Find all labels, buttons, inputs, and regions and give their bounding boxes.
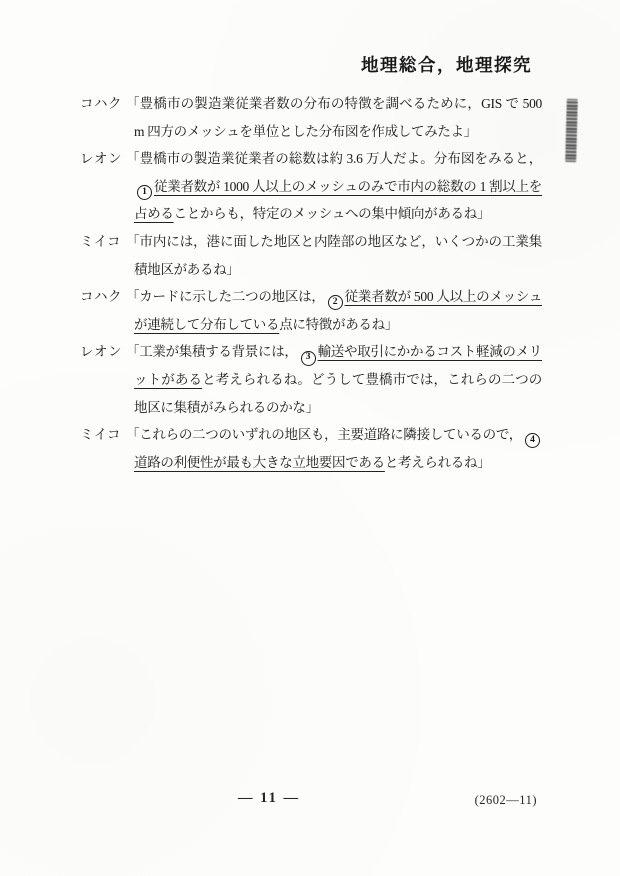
dialogue-text: 「豊橋市の製造業従業者の総数は約 3.6 万人だよ。分布図をみると，1従業者数が… [126,145,542,228]
dialogue-segment: 「これらの二つのいずれの地区も，主要道路に隣接しているので， [126,427,522,442]
speaker-name: コハク [80,90,126,118]
page-number: — 11 — [238,790,300,807]
dialogue-segment: 「豊橋市の製造業従業者の総数は約 3.6 万人だよ。分布図をみると， [126,151,542,166]
dialogue-segment: と考えられるね」 [385,455,491,470]
circled-number: 1 [137,185,152,200]
dialogue-entry: レオン 「工業が集積する背景には，3輸送や取引にかかるコスト軽減のメリットがある… [80,338,542,421]
circled-number: 4 [525,433,540,448]
dialogue-segment: 点に特徴があるね」 [279,317,398,332]
speaker-name: コハク [80,283,126,311]
dialogue-segment: 「カードに示した二つの地区は， [126,289,325,304]
page-title: 地理総合，地理探究 [361,52,532,77]
speaker-name: レオン [80,338,126,366]
dialogue-segment: 「工業が集積する背景には， [126,344,298,359]
dialogue-text: 「カードに示した二つの地区は，2従業者数が 500 人以上のメッシュが連続して分… [126,283,542,338]
dialogue-segment: 「豊橋市の製造業従業者数の分布の特徴を調べるために，GIS で 500 m 四方… [126,96,542,139]
booklet-code: (2602—11) [475,793,537,808]
circled-number: 2 [328,295,343,310]
dialogue-entry: ミイコ 「これらの二つのいずれの地区も，主要道路に隣接しているので，4道路の利便… [80,421,542,476]
dialogue-text: 「市内には，港に面した地区と内陸部の地区など，いくつかの工業集積地区があるね」 [126,228,542,283]
dialogue-text: 「これらの二つのいずれの地区も，主要道路に隣接しているので，4道路の利便性が最も… [126,421,542,476]
dialogue-text: 「豊橋市の製造業従業者数の分布の特徴を調べるために，GIS で 500 m 四方… [126,90,542,145]
ink-stamp-artifact [565,99,578,162]
dialogue-segment: ことからも，特定のメッシュへの集中傾向があるね」 [174,206,491,221]
dialogue-entry: レオン 「豊橋市の製造業従業者の総数は約 3.6 万人だよ。分布図をみると，1従… [80,145,542,228]
underlined-phrase: 道路の利便性が最も大きな立地要因である [134,455,385,470]
circled-number: 3 [301,351,316,366]
speaker-name: レオン [80,145,126,173]
speaker-name: ミイコ [80,228,126,256]
dialogue-entry: コハク 「カードに示した二つの地区は，2従業者数が 500 人以上のメッシュが連… [80,283,542,338]
dialogue-text: 「工業が集積する背景には，3輸送や取引にかかるコスト軽減のメリットがあると考えら… [126,338,542,421]
dialogue-entry: コハク 「豊橋市の製造業従業者数の分布の特徴を調べるために，GIS で 500 … [80,90,542,145]
dialogue-entry: ミイコ 「市内には，港に面した地区と内陸部の地区など，いくつかの工業集積地区があ… [80,228,542,283]
dialogue-block: コハク 「豊橋市の製造業従業者数の分布の特徴を調べるために，GIS で 500 … [80,90,542,476]
dialogue-segment: 「市内には，港に面した地区と内陸部の地区など，いくつかの工業集積地区があるね」 [126,234,542,277]
exam-page: 地理総合，地理探究 コハク 「豊橋市の製造業従業者数の分布の特徴を調べるために，… [0,0,620,876]
speaker-name: ミイコ [80,421,126,449]
